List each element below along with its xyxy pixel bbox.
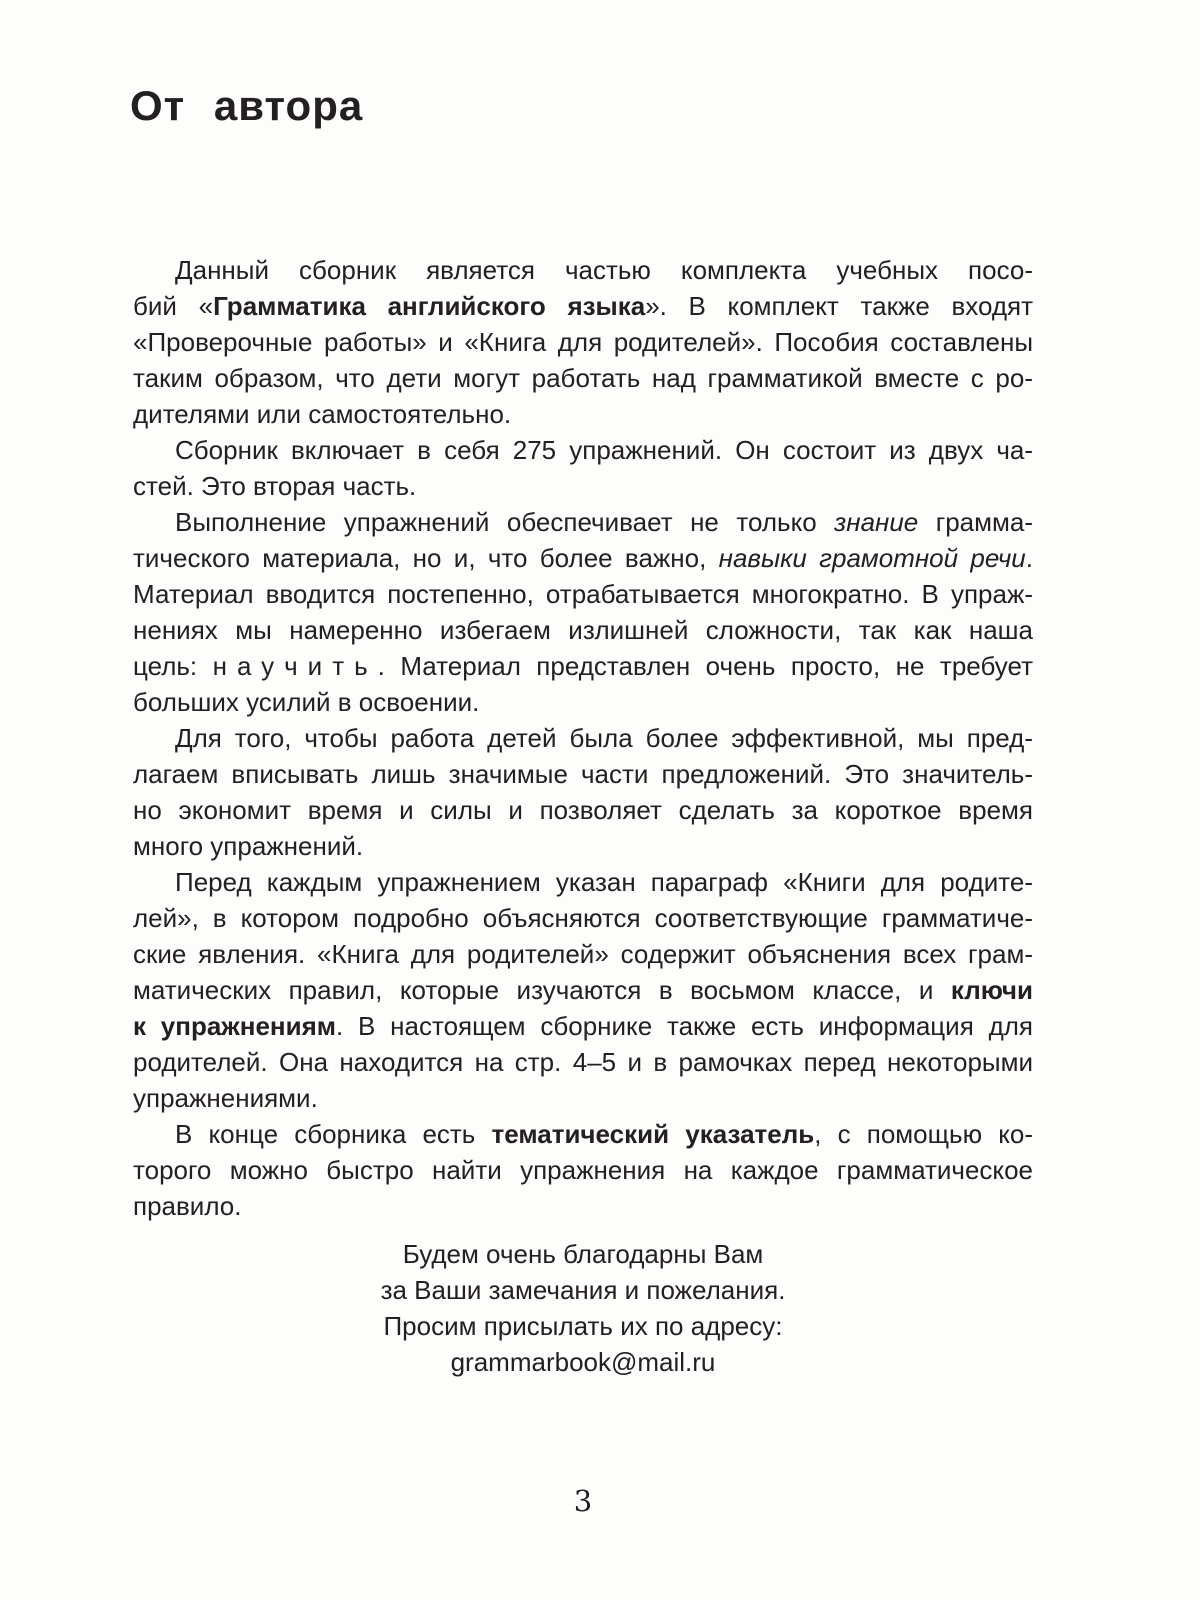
text-line: таким образом, что дети могут работать н… — [133, 360, 1033, 396]
book-page: От автора Данный сборник является частью… — [0, 0, 1200, 1600]
contact-email: grammarbook@mail.ru — [133, 1344, 1033, 1380]
text-line: нениях мы намеренно избегаем излишней сл… — [133, 612, 1033, 648]
text-line: стей. Это вторая часть. — [133, 468, 1033, 504]
text-run: Выполнение упражнений обеспечивает не то… — [175, 507, 834, 537]
text-run: ». В комплект также входят — [645, 291, 1033, 321]
closing-line: Будем очень благодарны Вам — [133, 1236, 1033, 1272]
text-line: к упражнениям. В настоящем сборнике такж… — [133, 1008, 1033, 1044]
paragraph: Выполнение упражнений обеспечивает не то… — [133, 504, 1033, 720]
text-run: таким образом, что дети могут работать н… — [133, 363, 1033, 393]
text-run: но экономит время и силы и позволяет сде… — [133, 795, 1033, 825]
text-run: В конце сборника есть — [175, 1119, 492, 1149]
text-run: . — [1026, 543, 1033, 573]
text-run: ключи — [951, 975, 1033, 1005]
closing-line: за Ваши замечания и пожелания. — [133, 1272, 1033, 1308]
text-run: правило. — [133, 1191, 241, 1221]
body-paragraphs: Данный сборник является частью комплекта… — [133, 252, 1033, 1224]
text-run: много упражнений. — [133, 831, 363, 861]
text-block: Данный сборник является частью комплекта… — [133, 252, 1033, 1380]
text-run: ские явления. «Книга для родителей» соде… — [133, 939, 1033, 969]
text-run: . Материал представлен очень просто, не … — [378, 651, 1033, 681]
text-run: цель: — [133, 651, 213, 681]
text-run: грамма- — [918, 507, 1033, 537]
text-run: дителями или самостоятельно. — [133, 399, 511, 429]
text-line: В конце сборника есть тематический указа… — [133, 1116, 1033, 1152]
text-line: бий «Грамматика английского языка». В ко… — [133, 288, 1033, 324]
text-line: много упражнений. — [133, 828, 1033, 864]
text-line: дителями или самостоятельно. — [133, 396, 1033, 432]
text-line: Выполнение упражнений обеспечивает не то… — [133, 504, 1033, 540]
text-run: . В настоящем сборнике также есть информ… — [336, 1011, 1033, 1041]
text-run: Перед каждым упражнением указан параграф… — [175, 867, 1033, 897]
text-line: ские явления. «Книга для родителей» соде… — [133, 936, 1033, 972]
text-run: Данный сборник является частью комплекта… — [175, 255, 1033, 285]
text-line: Материал вводится постепенно, отрабатыва… — [133, 576, 1033, 612]
text-run: упражнениями. — [133, 1083, 318, 1113]
text-run: «Проверочные работы» и «Книга для родите… — [133, 327, 1033, 357]
text-line: лей», в котором подробно объясняются соо… — [133, 900, 1033, 936]
page-number: 3 — [133, 1484, 1033, 1518]
text-run: торого можно быстро найти упражнения на … — [133, 1155, 1033, 1185]
text-line: родителей. Она находится на стр. 4–5 и в… — [133, 1044, 1033, 1080]
text-run: навыки грамотной речи — [719, 543, 1026, 573]
text-run: знание — [834, 507, 918, 537]
page-title: От автора — [130, 82, 363, 130]
text-run: Для того, чтобы работа детей была более … — [175, 723, 1033, 753]
text-run: Грамматика английского языка — [213, 291, 645, 321]
text-line: лагаем вписывать лишь значимые части пре… — [133, 756, 1033, 792]
text-run: стей. Это вторая часть. — [133, 471, 416, 501]
text-run: тического материала, но и, что более важ… — [133, 543, 719, 573]
text-run: матических правил, которые изучаются в в… — [133, 975, 951, 1005]
text-run: больших усилий в освоении. — [133, 687, 479, 717]
text-line: торого можно быстро найти упражнения на … — [133, 1152, 1033, 1188]
paragraph: Перед каждым упражнением указан параграф… — [133, 864, 1033, 1116]
text-run: нениях мы намеренно избегаем излишней сл… — [133, 615, 1033, 645]
text-run: , с помощью ко- — [814, 1119, 1033, 1149]
paragraph: Данный сборник является частью комплекта… — [133, 252, 1033, 432]
text-line: «Проверочные работы» и «Книга для родите… — [133, 324, 1033, 360]
text-run: лей», в котором подробно объясняются соо… — [133, 903, 1033, 933]
text-run: тематический указатель — [492, 1119, 815, 1149]
text-run: Материал вводится постепенно, отрабатыва… — [133, 579, 1033, 609]
text-line: но экономит время и силы и позволяет сде… — [133, 792, 1033, 828]
text-run: бий « — [133, 291, 213, 321]
text-line: Сборник включает в себя 275 упражнений. … — [133, 432, 1033, 468]
text-line: Данный сборник является частью комплекта… — [133, 252, 1033, 288]
text-run: Сборник включает в себя 275 упражнений. … — [175, 435, 1033, 465]
paragraph: Для того, чтобы работа детей была более … — [133, 720, 1033, 864]
text-line: Для того, чтобы работа детей была более … — [133, 720, 1033, 756]
paragraph: Сборник включает в себя 275 упражнений. … — [133, 432, 1033, 504]
text-line: цель: научить. Материал представлен очен… — [133, 648, 1033, 684]
text-line: матических правил, которые изучаются в в… — [133, 972, 1033, 1008]
text-line: упражнениями. — [133, 1080, 1033, 1116]
text-line: больших усилий в освоении. — [133, 684, 1033, 720]
closing-note: Будем очень благодарны Вам за Ваши замеч… — [133, 1236, 1033, 1380]
closing-line: Просим присылать их по адресу: — [133, 1308, 1033, 1344]
text-line: правило. — [133, 1188, 1033, 1224]
text-run: лагаем вписывать лишь значимые части пре… — [133, 759, 1033, 789]
text-line: Перед каждым упражнением указан параграф… — [133, 864, 1033, 900]
text-run: научить — [213, 651, 378, 681]
text-run: к упражнениям — [133, 1011, 336, 1041]
text-line: тического материала, но и, что более важ… — [133, 540, 1033, 576]
text-run: родителей. Она находится на стр. 4–5 и в… — [133, 1047, 1033, 1077]
paragraph: В конце сборника есть тематический указа… — [133, 1116, 1033, 1224]
